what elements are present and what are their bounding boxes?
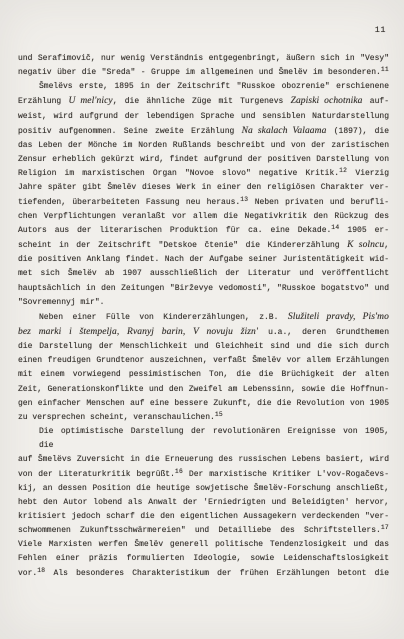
text-segment: hebt den Autor lobend als Anwalt der 'Er… (18, 498, 389, 507)
text-line: einen freudigen Grundtenor auszeichnen, … (18, 354, 389, 368)
text-segment: Neben privaten und berufli- (248, 198, 389, 207)
text-line: Fehlen einer präzis formulierten Ideolog… (18, 552, 389, 566)
italic-title: U mel'nicy (68, 96, 112, 106)
footnote-reference: 14 (331, 224, 339, 231)
text-line: met sich Šmelëv ab 1907 ausschließlich d… (18, 267, 389, 281)
text-segment: vor. (18, 569, 37, 578)
text-line: negativ über die "Sreda" - Gruppe im all… (18, 66, 389, 80)
text-segment: kij, an dessen Position die heutige sowj… (18, 484, 389, 493)
text-segment: tiefenden, überarbeiteten Fassung neu he… (18, 198, 240, 207)
text-segment: met sich Šmelëv ab 1907 ausschließlich d… (18, 269, 389, 278)
text-line: tiefenden, überarbeiteten Fassung neu he… (18, 196, 389, 210)
text-segment: Zeit, Generationskonflikte und den Zweif… (18, 385, 389, 394)
text-line: vor.18 Als besonderes Charakteristikum d… (18, 567, 389, 581)
text-line: Zensur erheblich gekürzt wird, findet au… (18, 153, 389, 167)
text-line: Die optimistische Darstellung der revolu… (18, 425, 389, 453)
text-line: hebt den Autor lobend als Anwalt der 'Er… (18, 496, 389, 510)
footnote-reference: 16 (175, 468, 183, 475)
text-line: kij, an dessen Position die heutige sowj… (18, 482, 389, 496)
text-line: auf Šmelëvs Zuversicht in die Erneuerung… (18, 453, 389, 467)
footnote-reference: 18 (37, 567, 45, 574)
text-segment: Neben einer Fülle von Kindererzählungen,… (39, 313, 288, 322)
text-line: die positiven Anklang findet. Nach der A… (18, 253, 389, 267)
text-line: und Serafimovič, nur wenig Verständnis e… (18, 52, 389, 66)
text-segment: zu versprechen scheint, veranschaulichen… (18, 413, 215, 422)
text-segment: Autors aus der literarischen Produktion … (18, 226, 331, 235)
text-segment: (1897), die (326, 127, 389, 136)
text-segment: Zensur erheblich gekürzt wird, findet au… (18, 155, 389, 164)
text-segment: Fehlen einer präzis formulierten Ideolog… (18, 554, 389, 563)
italic-title: Zapiski ochotnika (291, 96, 363, 106)
text-segment: Der marxistische Kritiker L'vov-Rogačevs… (183, 470, 389, 479)
text-line: Viele Marxisten werfen Šmelëv generell p… (18, 538, 389, 552)
footnote-reference: 11 (381, 66, 389, 73)
text-segment: chen Verpflichtungen veranlaßt vor allem… (18, 212, 389, 221)
text-line: positiv aufgenommen. Seine zweite Erzähl… (18, 124, 389, 139)
italic-title: bez marki i štempelja, Rvanyj barin, V n… (18, 327, 258, 337)
page-body: und Serafimovič, nur wenig Verständnis e… (18, 52, 389, 581)
text-line: Neben einer Fülle von Kindererzählungen,… (18, 310, 389, 325)
text-line: gen einfacher Menschen auf eine bessere … (18, 397, 389, 411)
text-segment: Šmelëvs erste, 1895 in der Zeitschrift "… (39, 82, 389, 91)
text-line: mit einem vorwiegend pessimistischen Ton… (18, 368, 389, 382)
text-line: "Sovremennyj mir". (18, 296, 389, 310)
italic-title: Služiteli pravdy, Pis'mo (288, 312, 389, 322)
footnote-reference: 17 (381, 524, 389, 531)
text-segment: die Darstellung der Menschlichkeit und G… (18, 342, 389, 351)
text-segment: negativ über die "Sreda" - Gruppe im all… (18, 68, 381, 77)
text-segment: die positiven Anklang findet. Nach der A… (18, 255, 389, 264)
text-segment: weist, wird aufgrund der lebendigen Spra… (18, 112, 389, 121)
text-line: Autors aus der literarischen Produktion … (18, 224, 389, 238)
text-segment: auf- (363, 97, 389, 106)
text-line: Šmelëvs erste, 1895 in der Zeitschrift "… (18, 80, 389, 94)
text-line: die Darstellung der Menschlichkeit und G… (18, 340, 389, 354)
text-segment: positiv aufgenommen. Seine zweite Erzähl… (18, 127, 242, 136)
text-line: Erzählung U mel'nicy, die ähnliche Züge … (18, 94, 389, 109)
text-segment: gen einfacher Menschen auf eine bessere … (18, 399, 389, 408)
text-line: hauptsächlich in den Zeitungen "Birževye… (18, 282, 389, 296)
text-line: scheint in der Zeitschrift "Detskoe čten… (18, 238, 389, 253)
text-segment: 1905 er- (339, 226, 389, 235)
text-segment: Als besonderes Charakteristikum der früh… (45, 569, 389, 578)
text-line: schwommenen Zukunftsschwärmereien" und D… (18, 524, 389, 538)
text-line: weist, wird aufgrund der lebendigen Spra… (18, 110, 389, 124)
scanned-page: 11 und Serafimovič, nur wenig Verständni… (0, 0, 404, 639)
text-line: chen Verpflichtungen veranlaßt vor allem… (18, 210, 389, 224)
text-segment: mit einem vorwiegend pessimistischen Ton… (18, 370, 389, 379)
italic-title: K solncu (347, 240, 384, 250)
text-segment: hauptsächlich in den Zeitungen "Birževye… (18, 284, 389, 293)
text-segment: und Serafimovič, nur wenig Verständnis e… (18, 54, 389, 63)
footnote-reference: 15 (215, 411, 223, 418)
text-segment: von der Literaturkritik begrüßt. (18, 470, 175, 479)
text-line: zu versprechen scheint, veranschaulichen… (18, 411, 389, 425)
text-segment: das Leben der Mönche im Norden Rußlands … (18, 141, 389, 150)
text-segment: u.a., deren Grundthemen (258, 328, 389, 337)
text-segment: , (384, 241, 389, 250)
text-segment: scheint in der Zeitschrift "Detskoe čten… (18, 241, 347, 250)
text-line: Jahre später gibt Šmelëv dieses Werk in … (18, 181, 389, 195)
text-segment: kritisiert jedoch scharf die den eigentl… (18, 512, 389, 521)
text-line: bez marki i štempelja, Rvanyj barin, V n… (18, 325, 389, 340)
text-line: kritisiert jedoch scharf die den eigentl… (18, 510, 389, 524)
text-segment: Erzählung (18, 97, 68, 106)
footnote-reference: 13 (240, 196, 248, 203)
text-line: das Leben der Mönche im Norden Rußlands … (18, 139, 389, 153)
page-number: 11 (375, 25, 386, 35)
text-line: von der Literaturkritik begrüßt.16 Der m… (18, 468, 389, 482)
text-segment: Viele Marxisten werfen Šmelëv generell p… (18, 540, 389, 549)
text-segment: Jahre später gibt Šmelëv dieses Werk in … (18, 183, 389, 192)
text-segment: schwommenen Zukunftsschwärmereien" und D… (18, 526, 381, 535)
text-segment: "Sovremennyj mir". (18, 298, 104, 307)
text-segment: auf Šmelëvs Zuversicht in die Erneuerung… (18, 455, 389, 464)
text-segment: Religion im marxistischen Organ "Novoe s… (18, 169, 339, 178)
footnote-reference: 12 (339, 167, 347, 174)
text-segment: Vierzig (347, 169, 389, 178)
text-segment: Die optimistische Darstellung der revolu… (39, 427, 389, 450)
text-line: Zeit, Generationskonflikte und den Zweif… (18, 383, 389, 397)
text-line: Religion im marxistischen Organ "Novoe s… (18, 167, 389, 181)
text-segment: einen freudigen Grundtenor auszeichnen, … (18, 356, 389, 365)
text-segment: , die ähnliche Züge mit Turgenevs (113, 97, 291, 106)
italic-title: Na skalach Valaama (242, 126, 327, 136)
